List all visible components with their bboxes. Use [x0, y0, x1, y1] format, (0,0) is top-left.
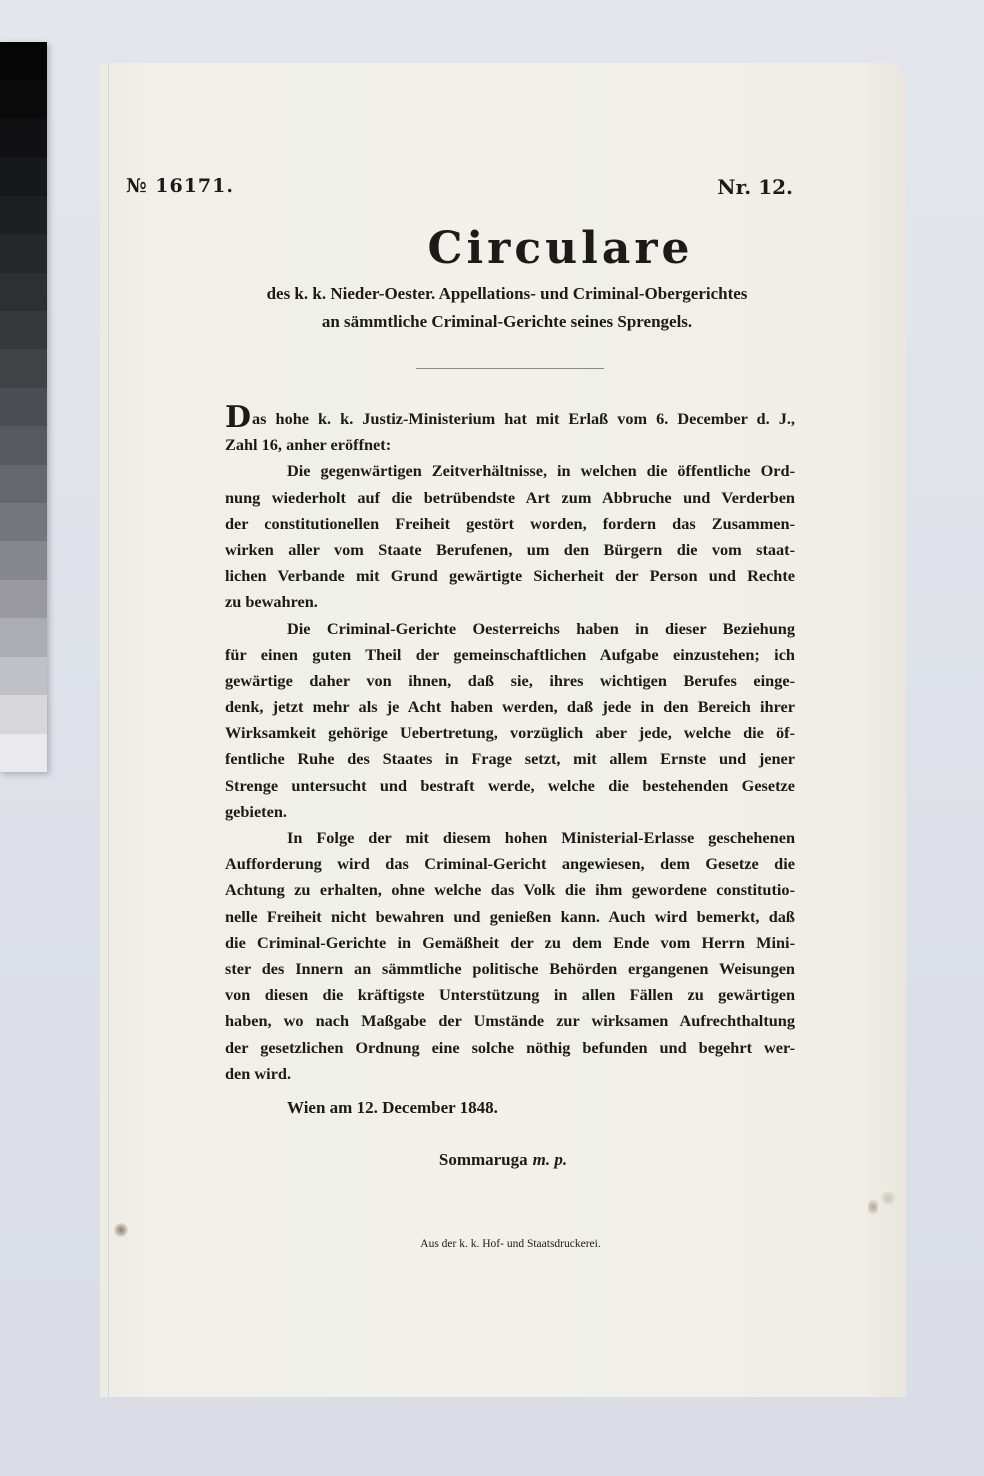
divider-rule — [416, 368, 604, 369]
body-line: Die gegenwärtigen Zeitverhältnisse, in w… — [225, 458, 795, 484]
body-line: Zahl 16, anher eröffnet: — [225, 432, 795, 458]
dateline: Wien am 12. December 1848. — [287, 1098, 498, 1118]
document-sheet: № 16171. Nr. 12. Circulare des k. k. Nie… — [100, 63, 906, 1397]
body-line: wirken aller vom Staate Berufenen, um de… — [225, 537, 795, 563]
grayscale-patch — [0, 503, 47, 541]
body-line: fentliche Ruhe des Staates in Frage setz… — [225, 746, 795, 772]
body-line: ster des Innern an sämmtliche politische… — [225, 956, 795, 982]
grayscale-patch — [0, 273, 47, 311]
grayscale-patch — [0, 80, 47, 118]
body-line: von diesen die kräftigste Unterstützung … — [225, 982, 795, 1008]
grayscale-patch — [0, 196, 47, 234]
body-line: Das hohe k. k. Justiz-Ministerium hat mi… — [225, 406, 795, 432]
paper-stain — [880, 1191, 896, 1205]
grayscale-patch — [0, 234, 47, 272]
subtitle-line: des k. k. Nieder-Oester. Appellations- u… — [212, 280, 802, 308]
body-line: gewärtige daher von ihnen, daß sie, ihre… — [225, 668, 795, 694]
grayscale-patch — [0, 541, 47, 579]
body-line: die Criminal-Gerichte in Gemäßheit der z… — [225, 930, 795, 956]
paper-stain — [114, 1223, 128, 1237]
grayscale-patch — [0, 388, 47, 426]
grayscale-patch — [0, 426, 47, 464]
grayscale-patch — [0, 465, 47, 503]
grayscale-patch — [0, 618, 47, 656]
body-line: lichen Verbande mit Grund gewärtigte Sic… — [225, 563, 795, 589]
circular-number: Nr. 12. — [717, 175, 793, 199]
body-line: den wird. — [225, 1061, 795, 1087]
document-body: Das hohe k. k. Justiz-Ministerium hat mi… — [225, 406, 795, 1087]
body-line: nelle Freiheit nicht bewahren und genieß… — [225, 904, 795, 930]
grayscale-patch — [0, 580, 47, 618]
grayscale-patch — [0, 734, 47, 772]
body-line: Die Criminal-Gerichte Oesterreichs haben… — [225, 616, 795, 642]
body-line: für einen guten Theil der gemeinschaftli… — [225, 642, 795, 668]
body-line: der gesetzlichen Ordnung eine solche nöt… — [225, 1035, 795, 1061]
body-line: Aufforderung wird das Criminal-Gericht a… — [225, 851, 795, 877]
grayscale-patch — [0, 42, 47, 80]
body-line: zu bewahren. — [225, 589, 795, 615]
document-number: № 16171. — [126, 175, 234, 197]
body-line: Achtung zu erhalten, ohne welche das Vol… — [225, 877, 795, 903]
grayscale-patch — [0, 311, 47, 349]
body-line: denk, jetzt mehr als je Acht haben werde… — [225, 694, 795, 720]
drop-cap: D — [225, 400, 251, 435]
printer-imprint: Aus der k. k. Hof- und Staatsdruckerei. — [100, 1238, 906, 1250]
grayscale-patch — [0, 157, 47, 195]
document-subtitle: des k. k. Nieder-Oester. Appellations- u… — [212, 280, 802, 336]
body-line: Wirksamkeit gehörige Uebertretung, vorzü… — [225, 720, 795, 746]
signatory-name: Sommaruga — [439, 1150, 528, 1169]
body-line-text: as hohe k. k. Justiz-Ministerium hat mit… — [252, 409, 795, 428]
subtitle-line: an sämmtliche Criminal-Gerichte seines S… — [212, 308, 802, 336]
signature: Sommarugam. p. — [100, 1150, 906, 1170]
grayscale-patch — [0, 349, 47, 387]
signature-suffix: m. p. — [533, 1150, 567, 1169]
grayscale-calibration-strip — [0, 42, 47, 772]
body-line: gebieten. — [225, 799, 795, 825]
body-line: nung wiederholt auf die betrübendste Art… — [225, 485, 795, 511]
paper-stain — [868, 1198, 878, 1216]
body-line: Strenge untersucht und bestraft werde, w… — [225, 773, 795, 799]
body-line: haben, wo nach Maßgabe der Umstände zur … — [225, 1008, 795, 1034]
body-line: der constitutionellen Freiheit gestört w… — [225, 511, 795, 537]
document-title: Circulare — [100, 223, 906, 274]
grayscale-patch — [0, 119, 47, 157]
body-line: In Folge der mit diesem hohen Ministeria… — [225, 825, 795, 851]
grayscale-patch — [0, 695, 47, 733]
grayscale-patch — [0, 657, 47, 695]
